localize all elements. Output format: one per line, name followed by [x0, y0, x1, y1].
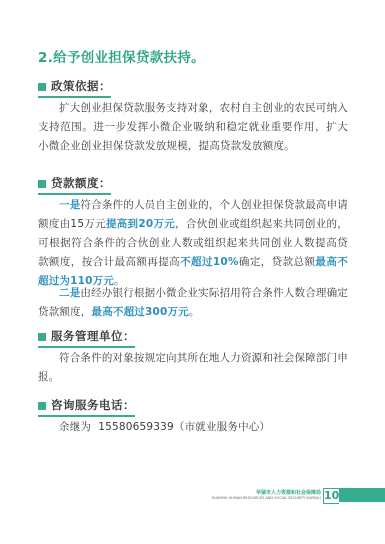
- square-bullet-icon: [38, 180, 46, 188]
- loan-amount-paragraph-2: 二是由经办银行根据小微企业实际招用符合条件人数合理确定贷款额度，最高不超过300…: [38, 284, 348, 322]
- main-title: 2.给予创业担保贷款扶持。: [38, 46, 205, 66]
- footer-org-en: HUAYING HUMAN RESOURCES AND SOCIAL SECUR…: [212, 496, 321, 501]
- phone-number: 15580659339: [98, 421, 174, 433]
- footer-org: 华蓥市人力资源和社会保障局 HUAYING HUMAN RESOURCES AN…: [212, 490, 321, 501]
- section-heading-hotline: 咨询服务电话：: [38, 396, 135, 417]
- contact-org: （市就业服务中心）: [174, 421, 270, 433]
- lead-label: 二是: [59, 287, 80, 299]
- section-heading-label: 政策依据：: [51, 78, 111, 94]
- contact-name: 余继为: [59, 421, 91, 433]
- section-heading-label: 服务管理单位：: [51, 328, 135, 344]
- section-heading-label: 贷款额度：: [51, 175, 111, 191]
- policy-basis-paragraph: 扩大创业担保贷款服务支持对象，农村自主创业的农民可纳入支持范围。进一步发挥小微企…: [38, 99, 348, 156]
- paragraph-text: 符合条件的对象按规定向其所在地人力资源和社会保障部门申报。: [38, 352, 348, 383]
- section-heading-loan-amount: 贷款额度：: [38, 174, 111, 195]
- paragraph-text: 扩大创业担保贷款服务支持对象，农村自主创业的农民可纳入支持范围。进一步发挥小微企…: [38, 102, 348, 152]
- paragraph-text: 。: [189, 306, 200, 318]
- section-heading-policy-basis: 政策依据：: [38, 77, 111, 98]
- highlight-text: 提高到20万元: [106, 218, 175, 230]
- lead-label: 一是: [59, 199, 80, 211]
- service-unit-paragraph: 符合条件的对象按规定向其所在地人力资源和社会保障部门申报。: [38, 349, 348, 387]
- highlight-text: 不超过10%: [180, 256, 239, 268]
- square-bullet-icon: [38, 83, 46, 91]
- hotline-paragraph: 余继为 15580659339（市就业服务中心）: [38, 418, 348, 437]
- paragraph-text: 确定，贷款总额: [239, 256, 316, 268]
- highlight-text: 最高不超过300万元: [92, 306, 189, 318]
- section-heading-label: 咨询服务电话：: [51, 397, 135, 413]
- footer-accent-band: [339, 488, 385, 502]
- section-heading-service-unit: 服务管理单位：: [38, 327, 135, 348]
- square-bullet-icon: [38, 402, 46, 410]
- document-page: 2.给予创业担保贷款扶持。 政策依据： 扩大创业担保贷款服务支持对象，农村自主创…: [0, 0, 385, 544]
- page-number: 10: [323, 488, 339, 504]
- square-bullet-icon: [38, 333, 46, 341]
- loan-amount-paragraph-1: 一是符合条件的人员自主创业的，个人创业担保贷款最高申请额度由15万元提高到20万…: [38, 196, 348, 291]
